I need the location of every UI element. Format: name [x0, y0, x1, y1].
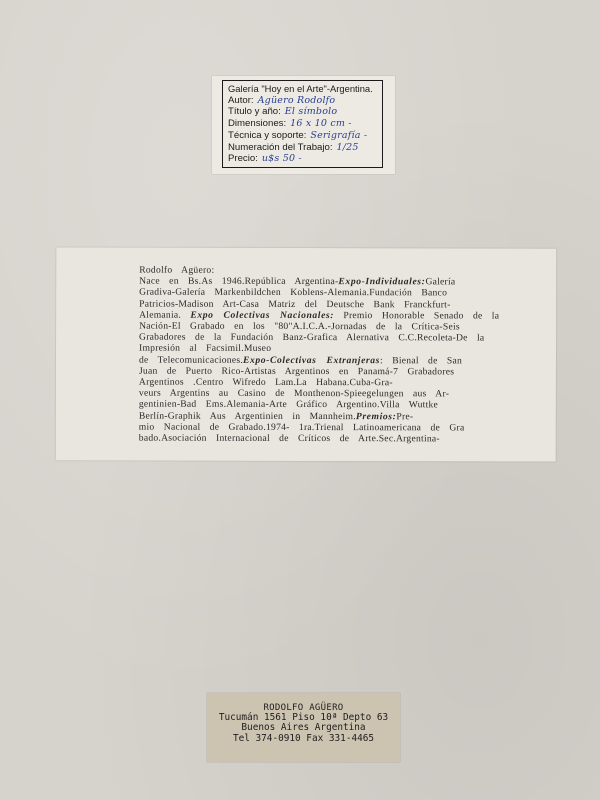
bio-text-run: Juan de Puerto Rico-Artistas Argentinos … [139, 365, 454, 377]
bio-text-run: Argentinos .Centro Wifredo Lam.La Habana… [139, 377, 393, 389]
bio-text-run: de Telecomunicaciones. [139, 354, 243, 365]
field-author: Autor:Agüero Rodolfo [228, 95, 382, 107]
bio-text-run: veurs Argentins au Casino de Monthenon-S… [139, 388, 449, 400]
field-label: Título y año: [228, 106, 281, 117]
bio-text-run: Nación-El Grabado en los "80"A.I.C.A.-Jo… [139, 321, 460, 333]
field-price: Precio:u$s 50 - [228, 153, 382, 165]
gallery-label: Galería "Hoy en el Arte"-Argentina. Auto… [212, 76, 395, 174]
biography-text: Rodolfo Agüero:Nace en Bs.As 1946.Repúbl… [139, 265, 549, 445]
bio-text-run: Impresión al Facsimil.Museo [139, 343, 271, 354]
bio-text-run: Galería [425, 277, 455, 288]
field-technique: Técnica y soporte:Serigrafía - [228, 130, 382, 142]
bio-text-run: Nace en Bs.As 1946.República Argentina- [139, 276, 338, 288]
bio-text-run: Berlín-Graphik Aus Argentinien in Mannhe… [139, 410, 356, 422]
field-label: Dimensiones: [228, 118, 286, 129]
field-label: Autor: [228, 95, 254, 106]
bio-text-run: Gradiva-Galería Markenbildchen Koblens-A… [139, 287, 447, 299]
bio-text-run: gentinien-Bad Ems.Alemania-Arte Gráfico … [139, 399, 438, 411]
gallery-heading: Galería "Hoy en el Arte"-Argentina. [228, 83, 382, 95]
gallery-label-box: Galería "Hoy en el Arte"-Argentina. Auto… [222, 80, 383, 168]
section-heading: Expo-Colectivas Extranjeras [243, 354, 380, 365]
address-label: RODOLFO AGÜERO Tucumán 1561 Piso 10ª Dep… [207, 693, 400, 762]
section-heading: Expo-Individuales: [338, 276, 425, 287]
bio-text-run: : Bienal de San [380, 355, 462, 366]
bio-text-run: mio Nacional de Grabado.1974- 1ra.Triena… [139, 421, 465, 433]
bio-text-run: Pre- [396, 411, 413, 422]
handwritten-value: 16 x 10 cm - [290, 118, 352, 129]
phone-fax: Tel 374-0910 Fax 331-4465 [207, 734, 400, 744]
bio-text-run: bado.Asociación Internacional de Crítico… [139, 433, 440, 445]
handwritten-value: Agüero Rodolfo [258, 95, 336, 106]
field-label: Precio: [228, 153, 258, 164]
biography-card: Rodolfo Agüero:Nace en Bs.As 1946.Repúbl… [56, 247, 557, 461]
bio-text-run: Patricios-Madison Art-Casa Matriz del De… [139, 298, 450, 310]
field-label: Técnica y soporte: [228, 130, 306, 141]
field-title-year: Título y año:El símbolo [228, 106, 382, 118]
field-numbering: Numeración del Trabajo:1/25 [228, 142, 382, 154]
bio-text-run: Rodolfo Agüero: [139, 265, 214, 276]
handwritten-value: u$s 50 - [262, 153, 302, 164]
bio-text-run: Premio Honorable Senado de la [334, 310, 499, 321]
handwritten-value: 1/25 [337, 142, 359, 153]
section-heading: Premios: [356, 411, 397, 422]
handwritten-value: Serigrafía - [310, 130, 367, 141]
section-heading: Expo Colectivas Nacionales: [190, 310, 334, 321]
bio-text-run: Grabadores de la Fundación Banz-Grafica … [139, 332, 484, 344]
bio-text-run: Alemania. [139, 309, 190, 320]
field-dimensions: Dimensiones:16 x 10 cm - [228, 118, 382, 130]
field-label: Numeración del Trabajo: [228, 142, 333, 153]
handwritten-value: El símbolo [285, 106, 337, 117]
bio-line: bado.Asociación Internacional de Crítico… [139, 433, 549, 445]
